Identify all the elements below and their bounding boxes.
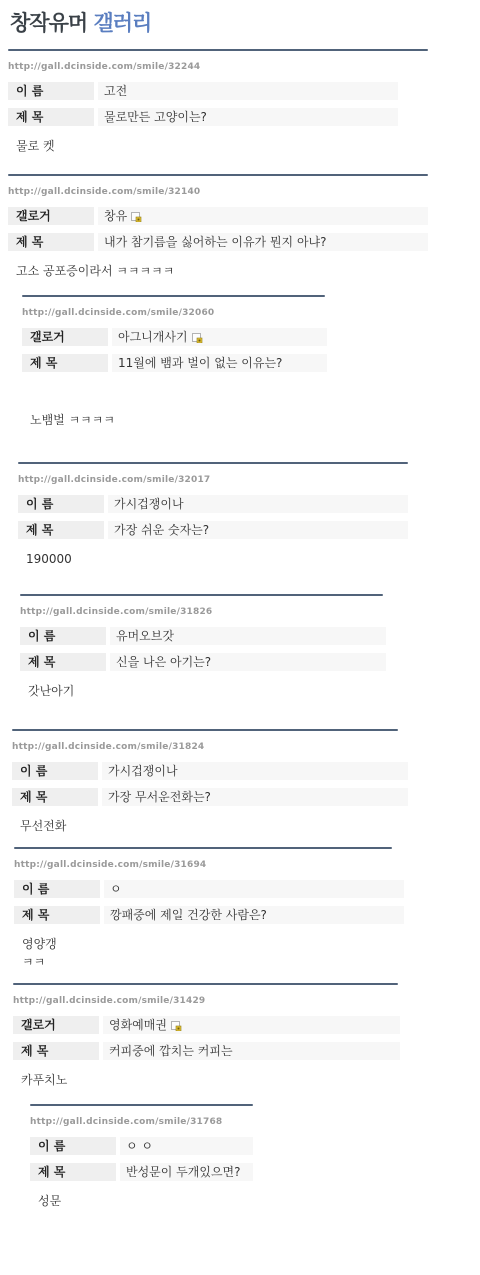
author-label: 이 름 <box>12 762 98 780</box>
divider-line <box>22 295 325 297</box>
author-label: 갤로거 <box>13 1016 99 1034</box>
table-row: 제 목 내가 참기름을 싫어하는 이유가 뭔지 아냐? <box>8 233 428 251</box>
author-label: 이 름 <box>20 627 106 645</box>
divider-line <box>12 729 398 731</box>
author-value: ㅇ <box>104 880 404 898</box>
page-title-accent: 갤러리 <box>93 11 151 35</box>
question-text: 내가 참기름을 싫어하는 이유가 뭔지 아냐? <box>104 236 327 248</box>
author-name: ㅇ ㅇ <box>126 1140 153 1152</box>
author-value: 고전 <box>98 82 398 100</box>
author-value: 영화예매권 <box>103 1016 400 1034</box>
table-row: 이 름 유머오브갓 <box>20 627 386 645</box>
post-card: http://gall.dcinside.com/smile/31694 이 름… <box>14 847 480 970</box>
post-table: 이 름 ㅇ 제 목 깡패중에 제일 건강한 사람은? <box>14 880 404 924</box>
question-text: 가장 쉬운 숫자는? <box>114 524 209 536</box>
answer-text: 영양갱 <box>22 937 480 952</box>
title-label: 제 목 <box>8 108 94 126</box>
gallery-page: 창작유머 갤러리 http://gall.dcinside.com/smile/… <box>0 0 480 1209</box>
title-label: 제 목 <box>18 521 104 539</box>
post-url: http://gall.dcinside.com/smile/31824 <box>12 742 480 753</box>
post-url: http://gall.dcinside.com/smile/31826 <box>20 607 480 618</box>
author-label: 갤로거 <box>8 207 94 225</box>
answer-text: 성문 <box>38 1194 480 1209</box>
table-row: 갤로거 아그니개사기 <box>22 328 327 346</box>
answer-text-line2: ㅋㅋ <box>22 955 480 970</box>
table-row: 제 목 반성문이 두개있으면? <box>30 1163 253 1181</box>
table-row: 이 름 가시겁쟁이나 <box>12 762 408 780</box>
author-value: 가시겁쟁이나 <box>108 495 408 513</box>
answer-text: 물로 켓 <box>16 139 480 154</box>
title-label: 제 목 <box>8 233 94 251</box>
post-card: http://gall.dcinside.com/smile/31429 갤로거… <box>13 983 480 1088</box>
post-url: http://gall.dcinside.com/smile/32017 <box>18 475 480 486</box>
question-value: 11월에 뱀과 벌이 없는 이유는? <box>112 354 327 372</box>
divider-line <box>13 983 398 985</box>
post-url: http://gall.dcinside.com/smile/32244 <box>8 62 480 73</box>
table-row: 이 름 고전 <box>8 82 398 100</box>
author-value: 아그니개사기 <box>112 328 327 346</box>
post-card: http://gall.dcinside.com/smile/32140 갤로거… <box>8 174 480 279</box>
table-row: 갤로거 창유 <box>8 207 428 225</box>
author-label: 이 름 <box>30 1137 116 1155</box>
divider-line <box>18 462 408 464</box>
question-value: 가장 무서운전화는? <box>102 788 408 806</box>
title-label: 제 목 <box>13 1042 99 1060</box>
post-card: http://gall.dcinside.com/smile/31826 이 름… <box>20 594 480 699</box>
answer-text: 190000 <box>26 552 480 567</box>
post-card: http://gall.dcinside.com/smile/31824 이 름… <box>12 729 480 834</box>
author-label: 이 름 <box>18 495 104 513</box>
question-value: 깡패중에 제일 건강한 사람은? <box>104 906 404 924</box>
post-card: http://gall.dcinside.com/smile/32060 갤로거… <box>22 295 480 428</box>
question-value: 가장 쉬운 숫자는? <box>108 521 408 539</box>
table-row: 갤로거 영화예매권 <box>13 1016 400 1034</box>
post-table: 이 름 ㅇ ㅇ 제 목 반성문이 두개있으면? <box>30 1137 253 1181</box>
post-url: http://gall.dcinside.com/smile/32060 <box>22 308 480 319</box>
question-text: 신을 나은 아기는? <box>116 656 211 668</box>
author-value: 유머오브갓 <box>110 627 386 645</box>
author-value: ㅇ ㅇ <box>120 1137 253 1155</box>
author-label: 이 름 <box>14 880 100 898</box>
table-row: 이 름 가시겁쟁이나 <box>18 495 408 513</box>
table-row: 제 목 신을 나은 아기는? <box>20 653 386 671</box>
divider-line <box>8 174 428 176</box>
post-table: 이 름 가시겁쟁이나 제 목 가장 쉬운 숫자는? <box>18 495 408 539</box>
title-label: 제 목 <box>30 1163 116 1181</box>
author-name: 고전 <box>104 85 127 97</box>
question-value: 내가 참기름을 싫어하는 이유가 뭔지 아냐? <box>98 233 428 251</box>
post-url: http://gall.dcinside.com/smile/31768 <box>30 1117 480 1128</box>
table-row: 제 목 11월에 뱀과 벌이 없는 이유는? <box>22 354 327 372</box>
gallog-icon[interactable] <box>131 211 142 222</box>
post-card: http://gall.dcinside.com/smile/32244 이 름… <box>8 49 480 154</box>
question-text: 커피중에 깝치는 커피는 <box>109 1045 233 1057</box>
question-text: 가장 무서운전화는? <box>108 791 211 803</box>
gallog-icon[interactable] <box>192 332 203 343</box>
divider-line <box>8 49 428 51</box>
post-url: http://gall.dcinside.com/smile/32140 <box>8 187 480 198</box>
post-table: 이 름 고전 제 목 물로만든 고양이는? <box>8 82 398 126</box>
post-table: 갤로거 영화예매권 제 목 커피중에 깝치는 커피는 <box>13 1016 400 1060</box>
answer-text: 노뱀벌 ㅋㅋㅋㅋ <box>30 413 480 428</box>
page-title-main: 창작유머 <box>10 11 87 35</box>
title-label: 제 목 <box>12 788 98 806</box>
table-row: 이 름 ㅇ <box>14 880 404 898</box>
post-card: http://gall.dcinside.com/smile/32017 이 름… <box>18 462 480 567</box>
author-name: 영화예매권 <box>109 1019 167 1031</box>
author-name: 유머오브갓 <box>116 630 174 642</box>
title-label: 제 목 <box>20 653 106 671</box>
table-row: 제 목 가장 쉬운 숫자는? <box>18 521 408 539</box>
question-text: 반성문이 두개있으면? <box>126 1166 241 1178</box>
post-url: http://gall.dcinside.com/smile/31429 <box>13 996 480 1007</box>
question-value: 커피중에 깝치는 커피는 <box>103 1042 400 1060</box>
post-url: http://gall.dcinside.com/smile/31694 <box>14 860 480 871</box>
question-text: 물로만든 고양이는? <box>104 111 207 123</box>
title-label: 제 목 <box>22 354 108 372</box>
author-name: 창유 <box>104 210 127 222</box>
gallog-icon[interactable] <box>171 1020 182 1031</box>
table-row: 제 목 물로만든 고양이는? <box>8 108 398 126</box>
author-name: 가시겁쟁이나 <box>114 498 184 510</box>
author-value: 창유 <box>98 207 428 225</box>
author-value: 가시겁쟁이나 <box>102 762 408 780</box>
author-label: 갤로거 <box>22 328 108 346</box>
post-table: 갤로거 창유 제 목 내가 참기름을 싫어하는 이유가 뭔지 아냐? <box>8 207 428 251</box>
answer-text: 무선전화 <box>20 819 480 834</box>
question-text: 깡패중에 제일 건강한 사람은? <box>110 909 267 921</box>
question-value: 물로만든 고양이는? <box>98 108 398 126</box>
question-value: 반성문이 두개있으면? <box>120 1163 253 1181</box>
question-value: 신을 나은 아기는? <box>110 653 386 671</box>
table-row: 이 름 ㅇ ㅇ <box>30 1137 253 1155</box>
answer-text: 갓난아기 <box>28 684 480 699</box>
divider-line <box>20 594 383 596</box>
answer-text: 카푸치노 <box>21 1073 480 1088</box>
post-table: 갤로거 아그니개사기 제 목 11월에 뱀과 벌이 없는 이유는? <box>22 328 327 372</box>
post-table: 이 름 가시겁쟁이나 제 목 가장 무서운전화는? <box>12 762 408 806</box>
author-name: ㅇ <box>110 883 122 895</box>
author-name: 가시겁쟁이나 <box>108 765 178 777</box>
table-row: 제 목 커피중에 깝치는 커피는 <box>13 1042 400 1060</box>
table-row: 제 목 가장 무서운전화는? <box>12 788 408 806</box>
page-title: 창작유머 갤러리 <box>10 10 480 36</box>
author-name: 아그니개사기 <box>118 331 188 343</box>
question-text: 11월에 뱀과 벌이 없는 이유는? <box>118 357 282 369</box>
divider-line <box>30 1104 253 1106</box>
author-label: 이 름 <box>8 82 94 100</box>
post-card: http://gall.dcinside.com/smile/31768 이 름… <box>30 1104 480 1209</box>
answer-text: 고소 공포증이라서 ㅋㅋㅋㅋㅋ <box>16 264 480 279</box>
title-label: 제 목 <box>14 906 100 924</box>
table-row: 제 목 깡패중에 제일 건강한 사람은? <box>14 906 404 924</box>
divider-line <box>14 847 392 849</box>
post-table: 이 름 유머오브갓 제 목 신을 나은 아기는? <box>20 627 386 671</box>
